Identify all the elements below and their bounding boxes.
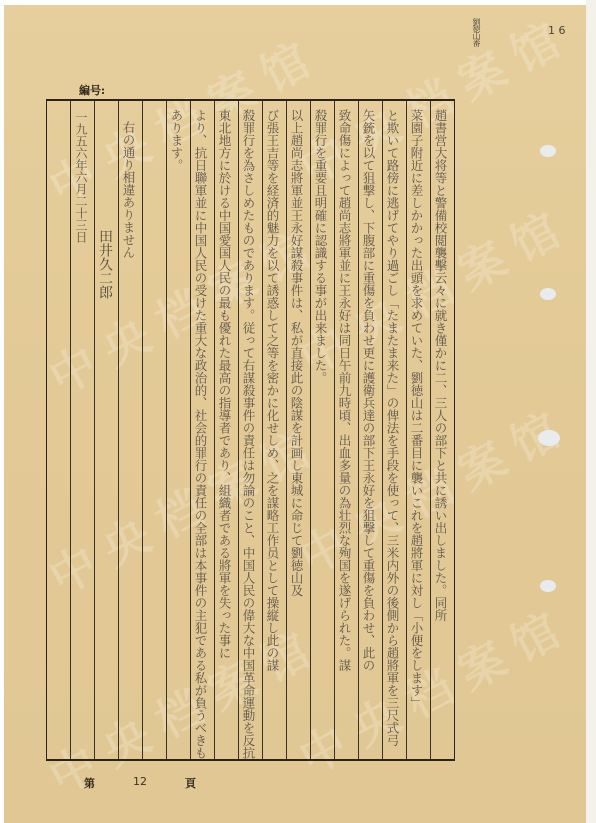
date: 一九五六年六月二十三日	[70, 101, 94, 759]
closing-statement: 右の通り相違ありません	[118, 101, 142, 759]
punch-hole	[538, 430, 560, 446]
text-column: 致命傷によって趙尚志將軍並に王永好は同日午前九時頃、出血多量の為壮烈な殉国を遂げ…	[334, 101, 358, 759]
punch-hole	[540, 145, 556, 157]
signature: 田井久二郎	[94, 101, 118, 759]
corner-mark: 1 6	[548, 24, 566, 37]
text-column: 殺罪行を為さしめたものであります。従って右謀殺事件の責任は勿論のこと、中国人民の…	[238, 101, 262, 759]
text-column: 趙書営大将等と警備校閲襲擊云々に就き僅かに二、三人の部下と共に誘い出しました。同…	[430, 101, 454, 759]
text-column: と欺いて路傍に逃げてやり過ごし「たまたま来た」の俾法を手段を使って、三米内外の後…	[382, 101, 406, 759]
text-column: 東北地方に於ける中国愛国人民の最も優れた最高の指導者であり、組織者である將軍を失…	[214, 101, 238, 759]
text-column: 菜園子附近に差しかかった出頭を求めていた、劉徳山は二番目に襲いこれを趙將軍に対し…	[406, 101, 430, 759]
punch-hole	[540, 288, 556, 300]
page-prefix: 第	[84, 775, 95, 791]
text-column: あります。	[166, 101, 190, 759]
text-column: 以上趙尚志將軍並王永好謀殺事件は、私が直接此の陰謀を計画し東城に命じて劉徳山及	[286, 101, 310, 759]
text-column: び張王吉等を経済的魅力を以て誘惑して之等を密かに化せしめ、之を謀略工作员として操…	[262, 101, 286, 759]
text-column: より、抗日聯軍並に中国人民の受けた重大な政治的、社会的罪行の責任の全部は本事件の…	[190, 101, 214, 759]
text-column	[142, 101, 166, 759]
top-annotation: 劉徳山番	[470, 18, 482, 46]
scan-edge	[586, 0, 596, 823]
text-column: 殺罪行を重要且明確に認識する事が出来ました。	[310, 101, 334, 759]
manuscript-grid: 趙書営大将等と警備校閲襲擊云々に就き僅かに二、三人の部下と共に誘い出しました。同…	[46, 99, 455, 761]
serial-number-label: 編号:	[79, 82, 105, 98]
page-footer: 第 12 頁	[84, 775, 196, 791]
punch-hole	[540, 580, 556, 592]
text-column: 矢銃を以て狙撃し、下腹部に重傷を負わせ更に護衛兵達の部下王永好を狙撃して重傷を負…	[358, 101, 382, 759]
text-column	[47, 101, 70, 759]
page-suffix: 頁	[185, 775, 196, 791]
page-number: 12	[133, 775, 147, 791]
